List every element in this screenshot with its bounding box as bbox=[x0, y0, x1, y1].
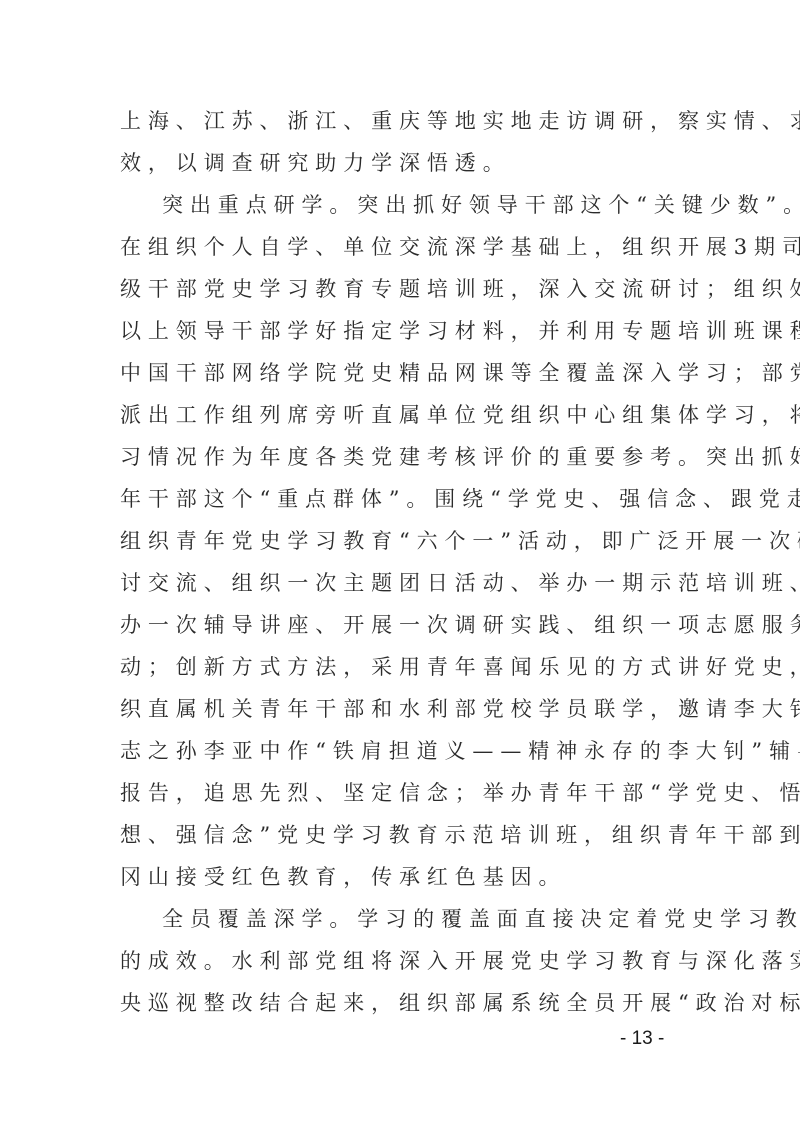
text-line: 效，以调查研究助力学深悟透。 bbox=[120, 142, 680, 184]
text-line: 讨交流、组织一次主题团日活动、举办一期示范培训班、举 bbox=[120, 562, 680, 604]
text-line: 央巡视整改结合起来，组织部属系统全员开展“政治对标、 bbox=[120, 982, 680, 1024]
text-line: 想、强信念”党史学习教育示范培训班，组织青年干部到井 bbox=[120, 814, 680, 856]
text-line: 织直属机关青年干部和水利部党校学员联学，邀请李大钊同 bbox=[120, 688, 680, 730]
text-line: 派出工作组列席旁听直属单位党组织中心组集体学习，将学 bbox=[120, 394, 680, 436]
text-line: 组织青年党史学习教育“六个一”活动，即广泛开展一次研 bbox=[120, 520, 680, 562]
body-text: 上海、江苏、浙江、重庆等地实地走访调研，察实情、求实 效，以调查研究助力学深悟透… bbox=[120, 100, 680, 1024]
text-line: 级干部党史学习教育专题培训班，深入交流研讨；组织处级 bbox=[120, 268, 680, 310]
document-page: 上海、江苏、浙江、重庆等地实地走访调研，察实情、求实 效，以调查研究助力学深悟透… bbox=[0, 0, 800, 1131]
text-line: 的成效。水利部党组将深入开展党史学习教育与深化落实中 bbox=[120, 940, 680, 982]
text-line: 办一次辅导讲座、开展一次调研实践、组织一项志愿服务活 bbox=[120, 604, 680, 646]
paragraph-start-line: 突出重点研学。突出抓好领导干部这个“关键少数”。 bbox=[120, 184, 680, 226]
text-line: 习情况作为年度各类党建考核评价的重要参考。突出抓好青 bbox=[120, 436, 680, 478]
text-line: 年干部这个“重点群体”。围绕“学党史、强信念、跟党走”， bbox=[120, 478, 680, 520]
text-line: 在组织个人自学、单位交流深学基础上，组织开展3期司局 bbox=[120, 226, 680, 268]
page-number: - 13 - bbox=[620, 1028, 664, 1050]
text-line: 中国干部网络学院党史精品网课等全覆盖深入学习；部党组 bbox=[120, 352, 680, 394]
text-line: 报告，追思先烈、坚定信念；举办青年干部“学党史、悟思 bbox=[120, 772, 680, 814]
text-line: 动；创新方式方法，采用青年喜闻乐见的方式讲好党史，组 bbox=[120, 646, 680, 688]
text-line: 冈山接受红色教育，传承红色基因。 bbox=[120, 856, 680, 898]
text-line: 上海、江苏、浙江、重庆等地实地走访调研，察实情、求实 bbox=[120, 100, 680, 142]
paragraph-start-line: 全员覆盖深学。学习的覆盖面直接决定着党史学习教育 bbox=[120, 898, 680, 940]
text-line: 以上领导干部学好指定学习材料，并利用专题培训班课程、 bbox=[120, 310, 680, 352]
text-line: 志之孙李亚中作“铁肩担道义——精神永存的李大钊”辅导 bbox=[120, 730, 680, 772]
